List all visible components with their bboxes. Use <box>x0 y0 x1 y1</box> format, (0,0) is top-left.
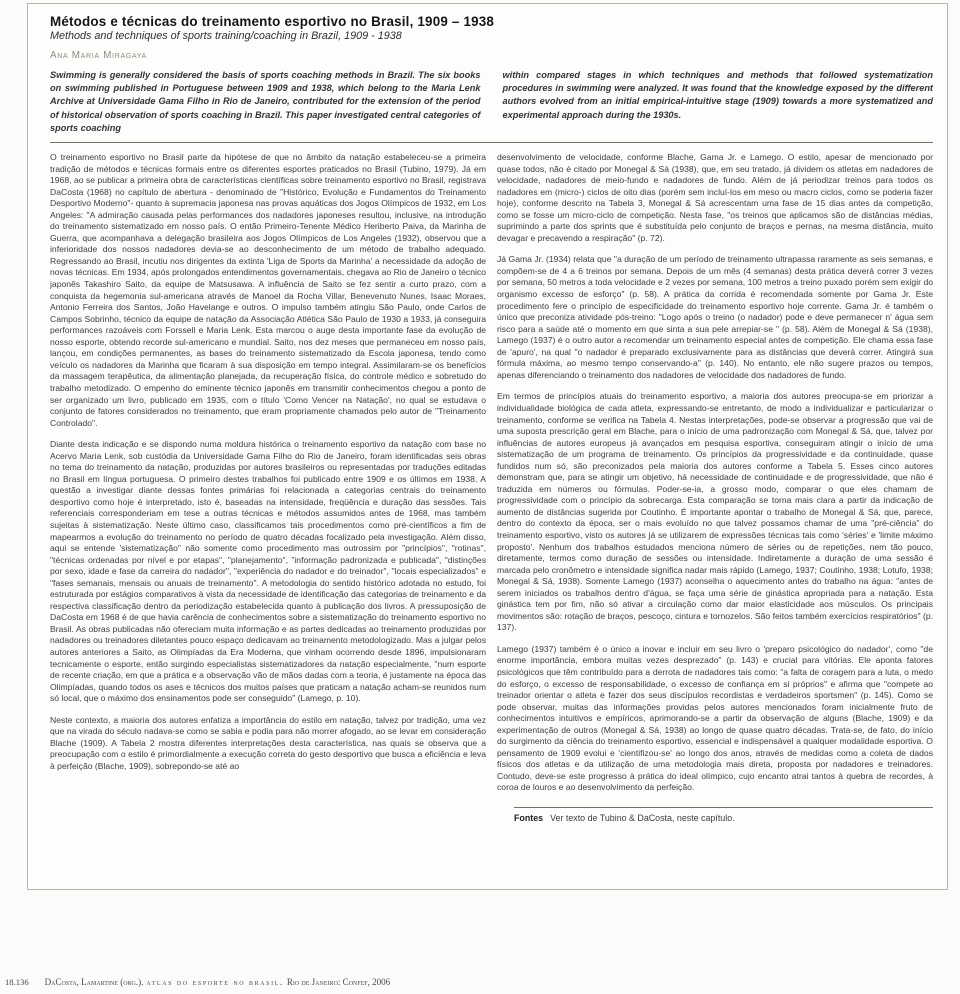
abstract: Swimming is generally considered the bas… <box>50 69 933 135</box>
abstract-column-right: within compared stages in which techniqu… <box>503 69 934 135</box>
body-column-right: desenvolvimento de velocidade, conforme … <box>497 152 933 823</box>
page-title: Métodos e técnicas do treinamento esport… <box>50 14 933 29</box>
body-column-left: O treinamento esportivo no Brasil parte … <box>50 152 486 823</box>
page-footer: 18.136DaCosta, Lamartine (org.).atlas do… <box>5 977 390 987</box>
body-paragraph: Lamego (1937) também é o único a inovar … <box>497 644 933 794</box>
document-header: Métodos e técnicas do treinamento esport… <box>50 14 933 135</box>
footer-citation: DaCosta, Lamartine (org.).atlas do espor… <box>45 977 390 987</box>
body-paragraph: O treinamento esportivo no Brasil parte … <box>50 152 486 429</box>
page-subtitle: Methods and techniques of sports trainin… <box>50 30 933 43</box>
footer-citation-book-title: atlas do esporte no brasil. <box>146 977 283 987</box>
fontes-label: Fontes <box>514 813 543 823</box>
fontes-note: FontesVer texto de Tubino & DaCosta, nes… <box>514 807 933 823</box>
footer-citation-publisher: Rio de Janeiro: Confef, 2006 <box>287 977 390 987</box>
body-paragraph: Em termos de princípios atuais do treina… <box>497 391 933 633</box>
footer-page-number: 18.136 <box>5 977 29 987</box>
body-paragraph: Já Gama Jr. (1934) relata que "a duração… <box>497 254 933 381</box>
body-paragraph: Neste contexto, a maioria dos autores en… <box>50 715 486 773</box>
body-columns: O treinamento esportivo no Brasil parte … <box>50 152 933 823</box>
header-divider-rule <box>50 142 933 143</box>
author-name: Ana Maria Miragaya <box>50 51 933 61</box>
footer-citation-author: DaCosta, Lamartine (org.). <box>45 977 144 987</box>
abstract-column-left: Swimming is generally considered the bas… <box>50 69 481 135</box>
fontes-text: Ver texto de Tubino & DaCosta, neste cap… <box>550 813 735 823</box>
body-paragraph: Diante desta indicação e se dispondo num… <box>50 439 486 705</box>
document-content-box: Métodos e técnicas do treinamento esport… <box>27 3 948 890</box>
body-paragraph: desenvolvimento de velocidade, conforme … <box>497 152 933 244</box>
